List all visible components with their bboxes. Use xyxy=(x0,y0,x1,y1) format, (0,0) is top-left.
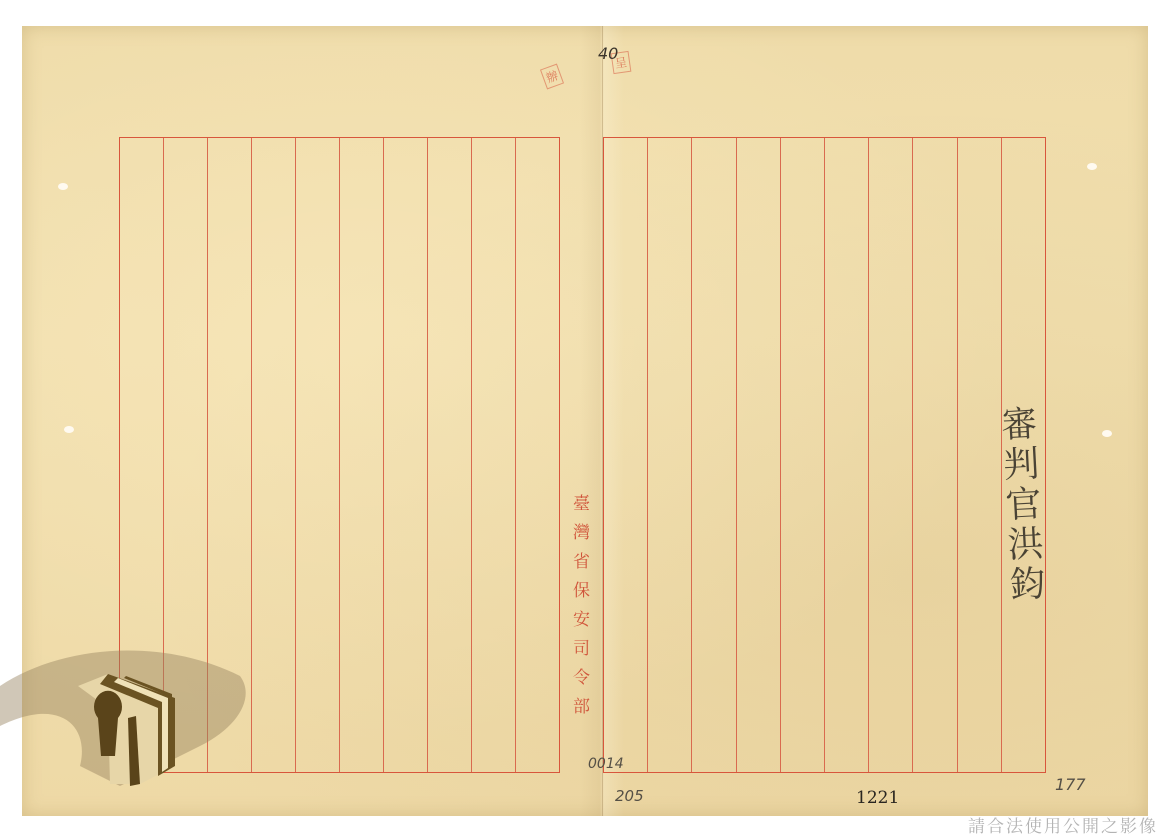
grid-column xyxy=(296,138,340,772)
book-keyhole-icon xyxy=(0,636,260,796)
paper-damage xyxy=(1087,163,1097,170)
paper-damage xyxy=(58,183,68,190)
grid-column xyxy=(692,138,736,772)
grid-column xyxy=(913,138,957,772)
grid-column xyxy=(604,138,648,772)
grid-column xyxy=(781,138,825,772)
usage-watermark: 請合法使用公開之影像 xyxy=(968,812,1158,837)
grid-column xyxy=(428,138,472,772)
grid-column xyxy=(384,138,428,772)
grid-column xyxy=(340,138,384,772)
page-number: 1221 xyxy=(856,788,899,808)
printed-organization-name: 臺灣省保安司令部 xyxy=(563,494,593,726)
pencil-annotation: 205 xyxy=(615,787,644,805)
handwritten-signature: 審判官洪鈞 xyxy=(990,404,1051,606)
grid-column xyxy=(648,138,692,772)
paper-damage xyxy=(1102,430,1112,437)
pencil-annotation: 177 xyxy=(1055,775,1086,794)
grid-column xyxy=(825,138,869,772)
paper-damage xyxy=(64,426,74,433)
right-page-grid xyxy=(603,137,1046,773)
pencil-annotation-top: 40 xyxy=(598,44,618,63)
grid-column xyxy=(869,138,913,772)
grid-column xyxy=(472,138,516,772)
grid-column xyxy=(737,138,781,772)
grid-column xyxy=(516,138,559,772)
pencil-annotation: 0014 xyxy=(588,756,624,772)
